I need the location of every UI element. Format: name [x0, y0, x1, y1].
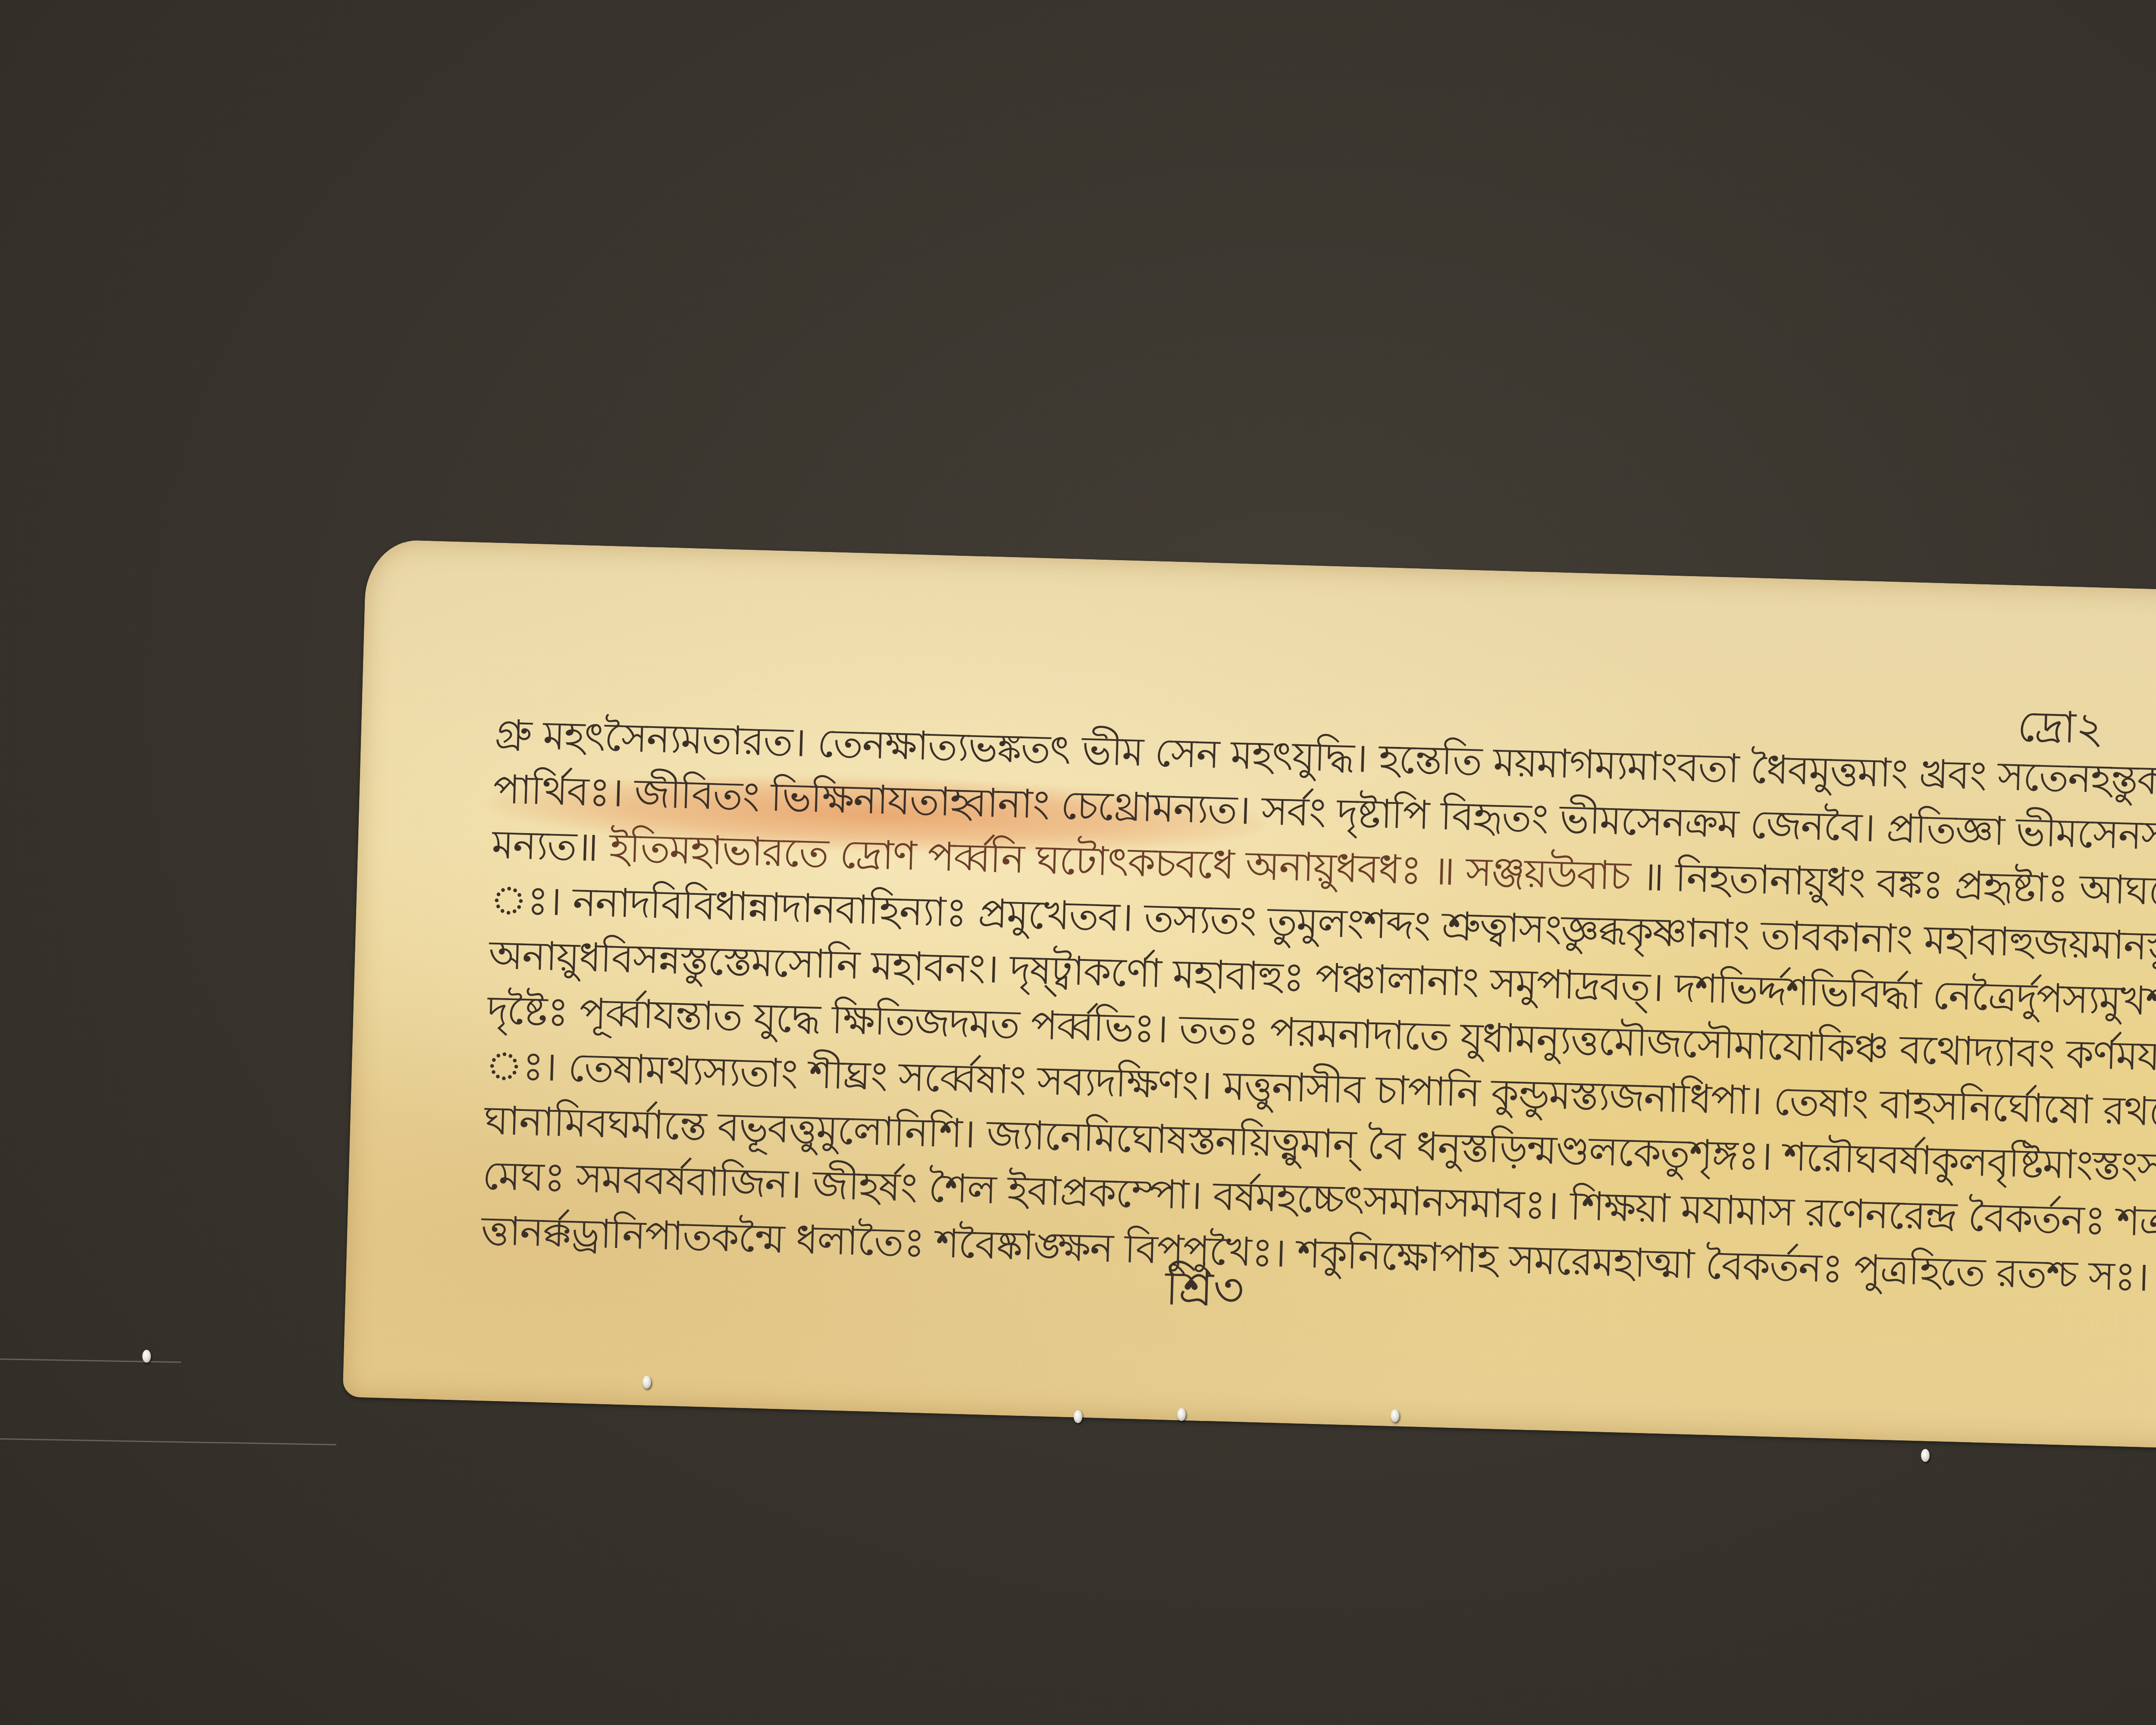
mounting-pin	[1177, 1408, 1186, 1421]
mounting-pin	[1921, 1449, 1930, 1462]
bottom-marker: শ্রি৩	[1164, 1251, 1245, 1333]
mounting-pin	[142, 1350, 151, 1363]
line-3-start: মন্যত॥	[491, 821, 599, 870]
manuscript-text: গ্রু মহৎসৈন্যমতারত। তেনক্ষাত্যভঙ্কতৎ ভীম…	[480, 707, 2156, 1306]
manuscript-leaf: দ্রো২ গ্রু মহৎসৈন্যমতারত। তেনক্ষাত্যভঙ্ক…	[342, 539, 2156, 1452]
mounting-pin	[1391, 1409, 1399, 1422]
mounting-pin	[642, 1376, 651, 1389]
mounting-pin	[1074, 1410, 1082, 1423]
